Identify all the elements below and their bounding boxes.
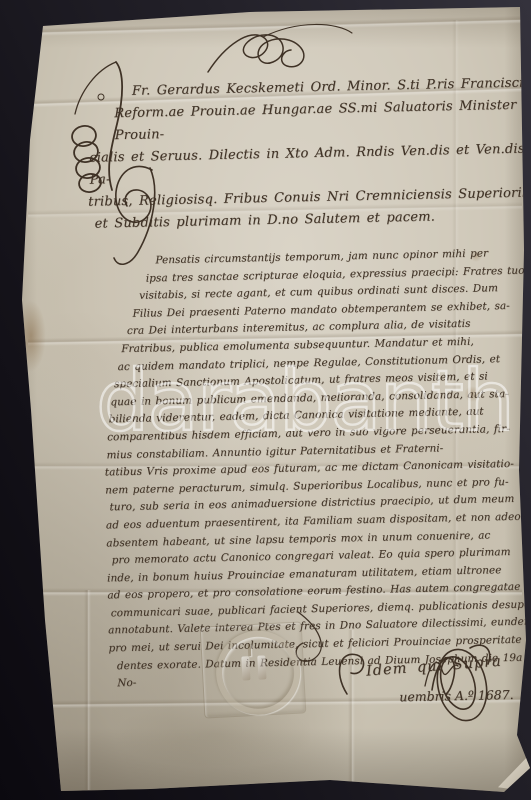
address-block: Fr. Gerardus Kecskemeti Ord. Minor. S.ti…: [0, 0, 531, 238]
seal-cross-icon: [248, 644, 252, 656]
seal-crest-icon: [241, 651, 267, 682]
photo-background: Fr. Gerardus Kecskemeti Ord. Minor. S.ti…: [0, 0, 531, 800]
darabanth-watermark: darabanth: [94, 350, 514, 460]
embossed-seal: [200, 621, 307, 718]
watermark-text: darabanth: [96, 352, 513, 450]
